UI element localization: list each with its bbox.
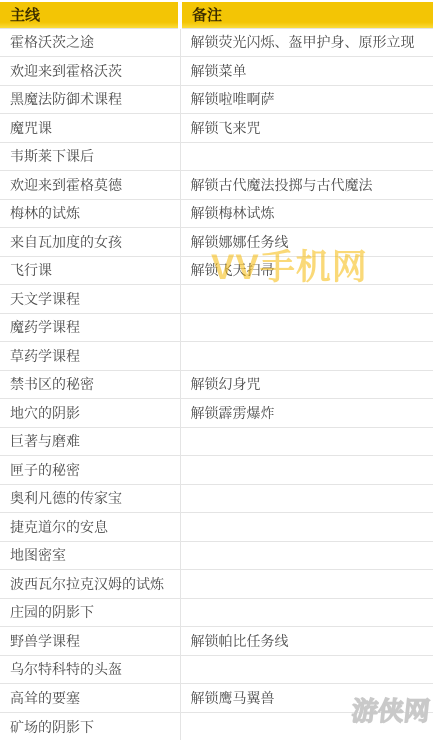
quest-name-cell: 霍格沃茨之途 [0,28,180,57]
table-row: 乌尔特科特的头盔 [0,655,433,684]
quest-name-cell: 草药学课程 [0,342,180,371]
quest-note-cell: 解锁菜单 [180,57,433,86]
quest-name-cell: 黑魔法防御术课程 [0,85,180,114]
quest-name-cell: 魔咒课 [0,114,180,143]
quest-note-cell [180,598,433,627]
quest-name-cell: 来自瓦加度的女孩 [0,228,180,257]
quest-note-cell: 解锁幻身咒 [180,370,433,399]
quest-note-cell [180,313,433,342]
quest-note-cell [180,142,433,171]
quest-note-cell [180,285,433,314]
quest-name-cell: 地穴的阴影 [0,399,180,428]
table-row: 波西瓦尔拉克汉姆的试炼 [0,570,433,599]
table-row: 来自瓦加度的女孩解锁娜娜任务线 [0,228,433,257]
table-row: 黑魔法防御术课程解锁啦唯啊萨 [0,85,433,114]
quest-note-cell: 解锁飞天扫帚 [180,256,433,285]
quest-name-cell: 飞行课 [0,256,180,285]
table-row: 地穴的阴影解锁霹雳爆炸 [0,399,433,428]
quest-name-cell: 欢迎来到霍格莫德 [0,171,180,200]
quest-note-cell [180,342,433,371]
quest-note-cell [180,513,433,542]
quest-name-cell: 地图密室 [0,541,180,570]
table-row: 飞行课解锁飞天扫帚 [0,256,433,285]
quest-note-cell: 解锁古代魔法投掷与古代魔法 [180,171,433,200]
table-row: 梅林的试炼解锁梅林试炼 [0,199,433,228]
quest-note-cell [180,655,433,684]
table-row: 天文学课程 [0,285,433,314]
quest-note-cell: 解锁荧光闪烁、盔甲护身、原形立现 [180,28,433,57]
quest-name-cell: 奥利凡德的传家宝 [0,484,180,513]
table-row: 韦斯莱下课后 [0,142,433,171]
table-row: 奥利凡德的传家宝 [0,484,433,513]
quest-note-cell: 解锁飞来咒 [180,114,433,143]
quest-name-cell: 高耸的要塞 [0,684,180,713]
quest-name-cell: 波西瓦尔拉克汉姆的试炼 [0,570,180,599]
table-row: 高耸的要塞解锁鹰马翼兽 [0,684,433,713]
quest-name-cell: 禁书区的秘密 [0,370,180,399]
table-row: 欢迎来到霍格莫德解锁古代魔法投掷与古代魔法 [0,171,433,200]
quest-name-cell: 天文学课程 [0,285,180,314]
table-row: 魔药学课程 [0,313,433,342]
table-row: 禁书区的秘密解锁幻身咒 [0,370,433,399]
quest-name-cell: 欢迎来到霍格沃茨 [0,57,180,86]
main-quest-table: 主线 备注 霍格沃茨之途解锁荧光闪烁、盔甲护身、原形立现欢迎来到霍格沃茨解锁菜单… [0,2,433,740]
quest-name-cell: 矿场的阴影下 [0,712,180,740]
quest-name-cell: 韦斯莱下课后 [0,142,180,171]
quest-note-cell [180,570,433,599]
quest-note-cell: 解锁帕比任务线 [180,627,433,656]
quest-note-cell: 解锁鹰马翼兽 [180,684,433,713]
table-row: 欢迎来到霍格沃茨解锁菜单 [0,57,433,86]
table-row: 野兽学课程解锁帕比任务线 [0,627,433,656]
quest-name-cell: 野兽学课程 [0,627,180,656]
table-row: 地图密室 [0,541,433,570]
quest-name-cell: 匣子的秘密 [0,456,180,485]
table-row: 巨著与磨难 [0,427,433,456]
quest-name-cell: 庄园的阴影下 [0,598,180,627]
quest-note-cell [180,712,433,740]
quest-note-cell [180,541,433,570]
quest-note-cell [180,456,433,485]
quest-note-cell [180,484,433,513]
quest-name-cell: 巨著与磨难 [0,427,180,456]
quest-note-cell: 解锁梅林试炼 [180,199,433,228]
table-row: 捷克道尔的安息 [0,513,433,542]
column-header-notes: 备注 [180,2,433,28]
table-row: 匣子的秘密 [0,456,433,485]
quest-guide-table: 主线 备注 霍格沃茨之途解锁荧光闪烁、盔甲护身、原形立现欢迎来到霍格沃茨解锁菜单… [0,0,433,740]
quest-name-cell: 梅林的试炼 [0,199,180,228]
quest-name-cell: 捷克道尔的安息 [0,513,180,542]
quest-note-cell: 解锁娜娜任务线 [180,228,433,257]
table-row: 庄园的阴影下 [0,598,433,627]
table-row: 矿场的阴影下 [0,712,433,740]
quest-note-cell [180,427,433,456]
table-row: 霍格沃茨之途解锁荧光闪烁、盔甲护身、原形立现 [0,28,433,57]
column-header-main-quest: 主线 [0,2,180,28]
table-row: 魔咒课解锁飞来咒 [0,114,433,143]
quest-note-cell: 解锁霹雳爆炸 [180,399,433,428]
quest-name-cell: 魔药学课程 [0,313,180,342]
table-row: 草药学课程 [0,342,433,371]
quest-name-cell: 乌尔特科特的头盔 [0,655,180,684]
table-header-row: 主线 备注 [0,2,433,28]
quest-note-cell: 解锁啦唯啊萨 [180,85,433,114]
